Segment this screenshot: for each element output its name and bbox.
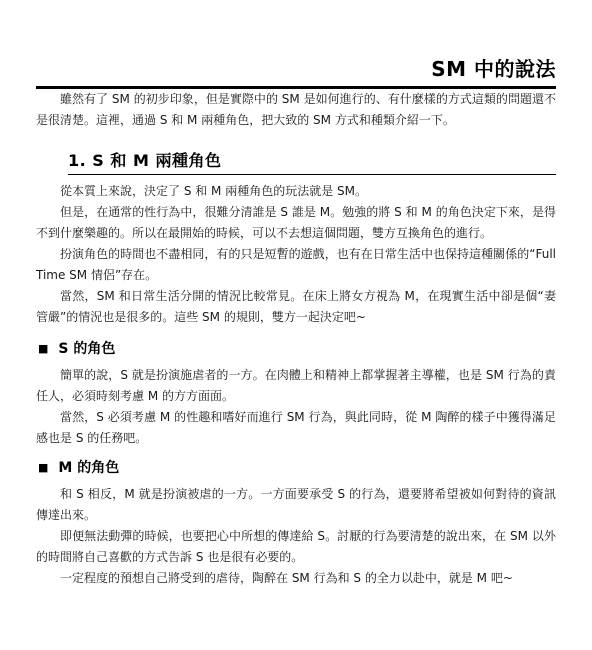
subsection-heading-m-role: ■ M 的角色 [38, 459, 556, 477]
body-paragraph: 但是，在通常的性行為中，很難分清誰是 S 誰是 M。勉強的將 S 和 M 的角色… [36, 202, 556, 244]
body-paragraph: 扮演角色的時間也不盡相同，有的只是短暫的遊戲，也有在日常生活中也保持這種關係的“… [36, 244, 556, 286]
subsection-heading-label: S 的角色 [58, 340, 115, 358]
document-content: SM 中的說法 雖然有了 SM 的初步印象，但是實際中的 SM 是如何進行的、有… [0, 0, 592, 589]
subsection-heading-s-role: ■ S 的角色 [38, 340, 556, 358]
body-paragraph: 當然，S 必須考慮 M 的性趣和嗜好而進行 SM 行為，與此同時，從 M 陶醉的… [36, 407, 556, 449]
body-paragraph: 簡單的說，S 就是扮演施虐者的一方。在肉體上和精神上都掌握著主導權，也是 SM … [36, 365, 556, 407]
square-bullet-icon: ■ [38, 459, 48, 477]
body-paragraph: 當然，SM 和日常生活分開的情況比較常見。在床上將女方視為 M，在現實生活中卻是… [36, 286, 556, 328]
body-paragraph: 從本質上來說，決定了 S 和 M 兩種角色的玩法就是 SM。 [36, 181, 556, 202]
body-paragraph: 一定程度的預想自己將受到的虐待，陶醉在 SM 行為和 S 的全力以赴中，就是 M… [36, 568, 556, 589]
subsection-heading-label: M 的角色 [58, 459, 119, 477]
body-paragraph: 和 S 相反，M 就是扮演被虐的一方。一方面要承受 S 的行為，還要將希望被如何… [36, 484, 556, 526]
page-title: SM 中的說法 [36, 57, 556, 82]
body-paragraph: 即便無法動彈的時候，也要把心中所想的傳達給 S。討厭的行為要清楚的說出來，在 S… [36, 526, 556, 568]
section-heading-roles: 1. S 和 M 兩種角色 [68, 151, 556, 175]
square-bullet-icon: ■ [38, 340, 48, 358]
intro-paragraph: 雖然有了 SM 的初步印象，但是實際中的 SM 是如何進行的、有什麼樣的方式這類… [36, 89, 556, 131]
document-page: SM 中的說法 雖然有了 SM 的初步印象，但是實際中的 SM 是如何進行的、有… [0, 0, 592, 650]
